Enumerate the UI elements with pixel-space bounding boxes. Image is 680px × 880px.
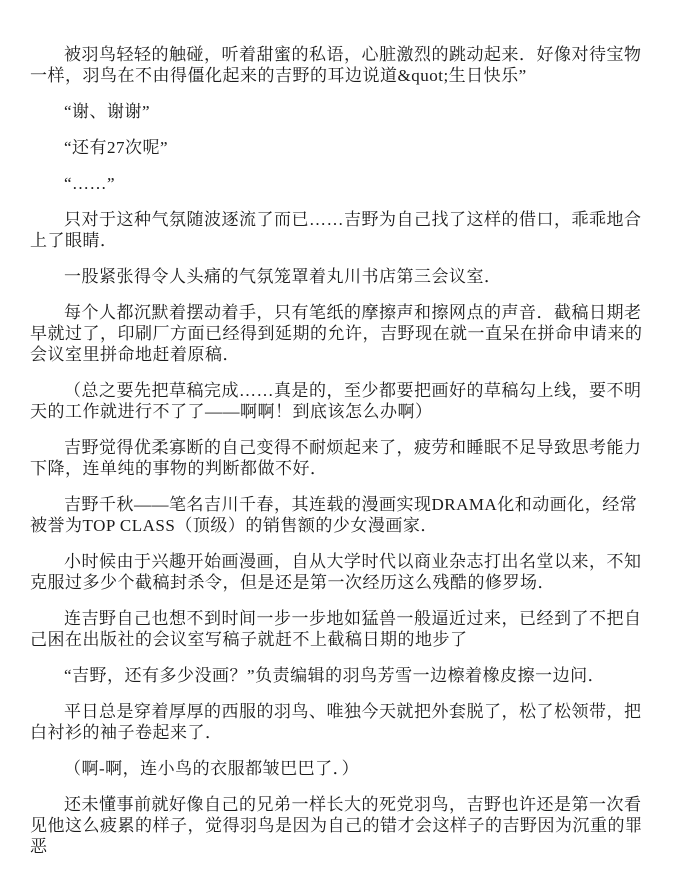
paragraph: “吉野，还有多少没画？”负责编辑的羽鸟芳雪一边檫着橡皮擦一边问． bbox=[30, 665, 650, 686]
paragraph: “还有27次呢” bbox=[30, 137, 650, 158]
paragraph: （总之要先把草稿完成……真是的，至少都要把画好的草稿勾上线，要不明天的工作就进行… bbox=[30, 380, 650, 422]
paragraph: 平日总是穿着厚厚的西服的羽鸟、唯独今天就把外套脱了，松了松领带，把白衬衫的袖子卷… bbox=[30, 701, 650, 743]
paragraph: 每个人都沉默着摆动着手，只有笔纸的摩擦声和擦网点的声音．截稿日期老早就过了，印刷… bbox=[30, 302, 650, 365]
paragraph: 小时候由于兴趣开始画漫画，自从大学时代以商业杂志打出名堂以来，不知克服过多少个截… bbox=[30, 551, 650, 593]
paragraph: “谢、谢谢” bbox=[30, 101, 650, 122]
paragraph: 被羽鸟轻轻的触碰，听着甜蜜的私语，心脏激烈的跳动起来．好像对待宝物一样，羽鸟在不… bbox=[30, 44, 650, 86]
document-page: 被羽鸟轻轻的触碰，听着甜蜜的私语，心脏激烈的跳动起来．好像对待宝物一样，羽鸟在不… bbox=[0, 0, 680, 880]
paragraph: “……” bbox=[30, 173, 650, 194]
paragraph: 连吉野自己也想不到时间一步一步地如猛兽一般逼近过来，已经到了不把自己困在出版社的… bbox=[30, 608, 650, 650]
paragraph: 一股紧张得令人头痛的气氛笼罩着丸川书店第三会议室． bbox=[30, 266, 650, 287]
paragraph: 吉野觉得优柔寡断的自己变得不耐烦起来了，疲劳和睡眠不足导致思考能力下降，连单纯的… bbox=[30, 437, 650, 479]
paragraph: （啊-啊，连小鸟的衣服都皱巴巴了．） bbox=[30, 758, 650, 779]
paragraph: 还未懂事前就好像自己的兄弟一样长大的死党羽鸟，吉野也许还是第一次看见他这么疲累的… bbox=[30, 794, 650, 857]
paragraph: 只对于这种气氛随波逐流了而已……吉野为自己找了这样的借口，乖乖地合上了眼睛． bbox=[30, 209, 650, 251]
document-text: 被羽鸟轻轻的触碰，听着甜蜜的私语，心脏激烈的跳动起来．好像对待宝物一样，羽鸟在不… bbox=[0, 0, 680, 857]
paragraph: 吉野千秋——笔名吉川千春，其连载的漫画实现DRAMA化和动画化，经常被誉为TOP… bbox=[30, 494, 650, 536]
